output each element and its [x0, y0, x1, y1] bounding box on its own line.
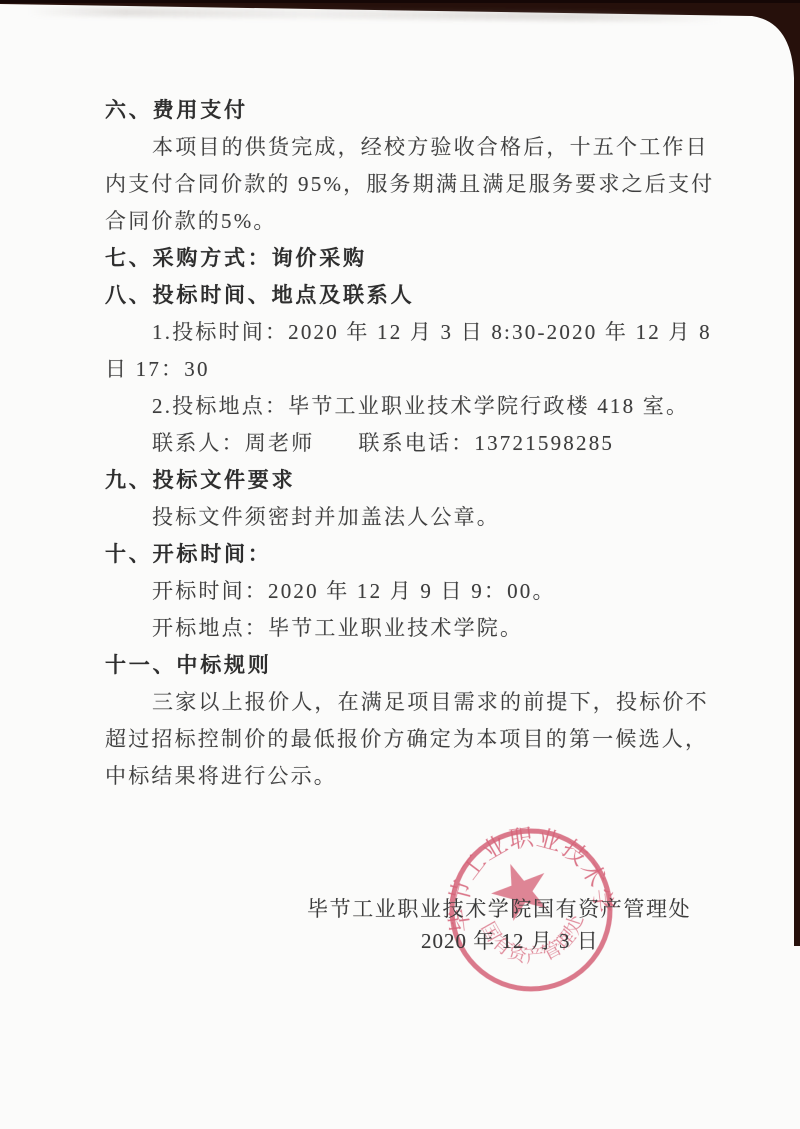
- section-heading-8: 八、投标时间、地点及联系人: [105, 277, 705, 314]
- section-heading-6: 六、费用支付: [105, 92, 705, 129]
- section-heading-11: 十一、中标规则: [105, 647, 705, 684]
- scan-top-edge: [0, 0, 800, 3]
- doc-line: 开标地点：毕节工业职业技术学院。: [105, 610, 705, 647]
- doc-line: 内支付合同价款的 95%，服务期满且满足服务要求之后支付: [105, 166, 705, 203]
- doc-line: 日 17：30: [105, 351, 705, 388]
- document-body: 六、费用支付 本项目的供货完成，经校方验收合格后，十五个工作日 内支付合同价款的…: [105, 92, 705, 795]
- scanned-page: 六、费用支付 本项目的供货完成，经校方验收合格后，十五个工作日 内支付合同价款的…: [0, 0, 800, 1129]
- doc-line: 三家以上报价人，在满足项目需求的前提下，投标价不: [105, 684, 705, 721]
- doc-line: 开标时间：2020 年 12 月 9 日 9：00。: [105, 573, 705, 610]
- doc-line: 中标结果将进行公示。: [105, 758, 705, 795]
- doc-line: 投标文件须密封并加盖法人公章。: [105, 499, 705, 536]
- scan-artifact: [28, 7, 722, 23]
- section-heading-9: 九、投标文件要求: [105, 462, 705, 499]
- section-heading-10: 十、开标时间：: [105, 536, 705, 573]
- doc-line: 1.投标时间：2020 年 12 月 3 日 8:30-2020 年 12 月 …: [105, 314, 705, 351]
- contact-person-label: 联系人：周老师: [152, 431, 314, 455]
- signature-date: 2020 年 12 月 3 日: [421, 925, 599, 955]
- doc-line: 合同价款的5%。: [105, 203, 705, 240]
- signature-org: 毕节工业职业技术学院国有资产管理处: [307, 893, 691, 923]
- doc-line: 本项目的供货完成，经校方验收合格后，十五个工作日: [105, 129, 705, 166]
- doc-line: 2.投标地点：毕节工业职业技术学院行政楼 418 室。: [105, 388, 705, 425]
- doc-line: 超过招标控制价的最低报价方确定为本项目的第一候选人，: [105, 721, 705, 758]
- contact-line: 联系人：周老师联系电话：13721598285: [105, 425, 705, 462]
- section-heading-7: 七、采购方式：询价采购: [105, 240, 705, 277]
- contact-phone-label: 联系电话：13721598285: [358, 431, 614, 455]
